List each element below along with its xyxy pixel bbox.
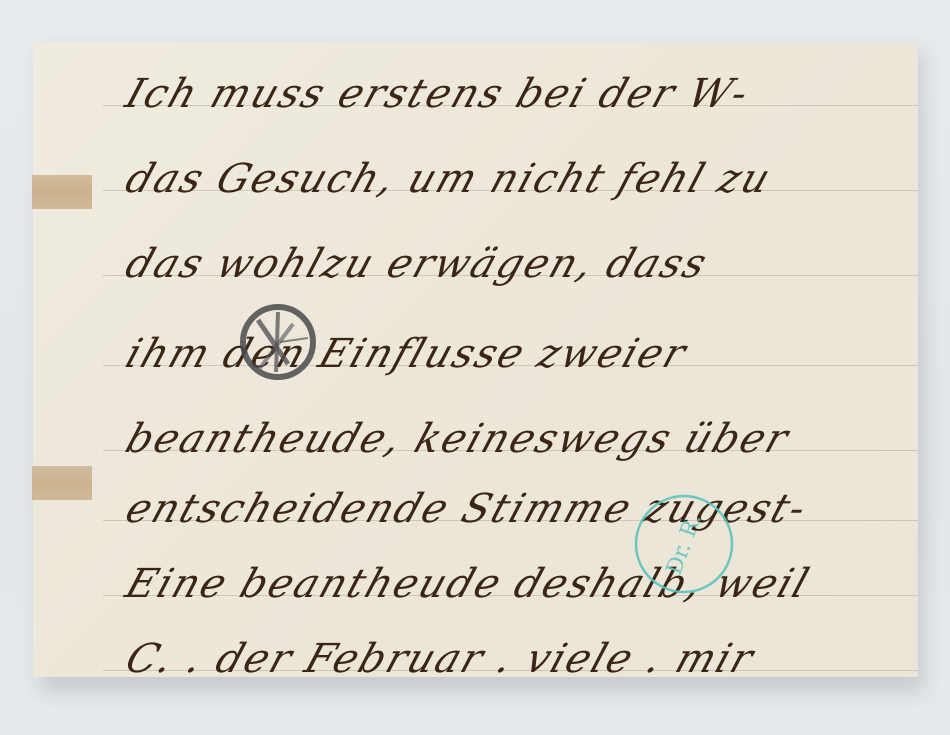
black-wheel-stamp-icon (238, 302, 318, 382)
handwritten-line-4: ihm den Einflusse zweier (121, 334, 692, 374)
handwritten-line-5: beantheude, keineswegs über (121, 419, 794, 459)
tape-strip-upper (32, 175, 92, 209)
handwritten-line-1: Ich muss erstens bei der W‑ (121, 74, 755, 114)
handwritten-line-8: C. . der Februar . viele . mir (121, 639, 760, 677)
teal-dr-r-stamp: Dr. R. (633, 493, 735, 595)
handwritten-line-2: das Gesuch, um nicht fehl zu (121, 159, 777, 199)
tape-strip-lower (32, 466, 92, 500)
handwritten-line-3: das wohlzu erwägen, dass (121, 244, 713, 284)
manuscript-page: Ich muss erstens bei der W‑ das Gesuch, … (33, 42, 918, 677)
